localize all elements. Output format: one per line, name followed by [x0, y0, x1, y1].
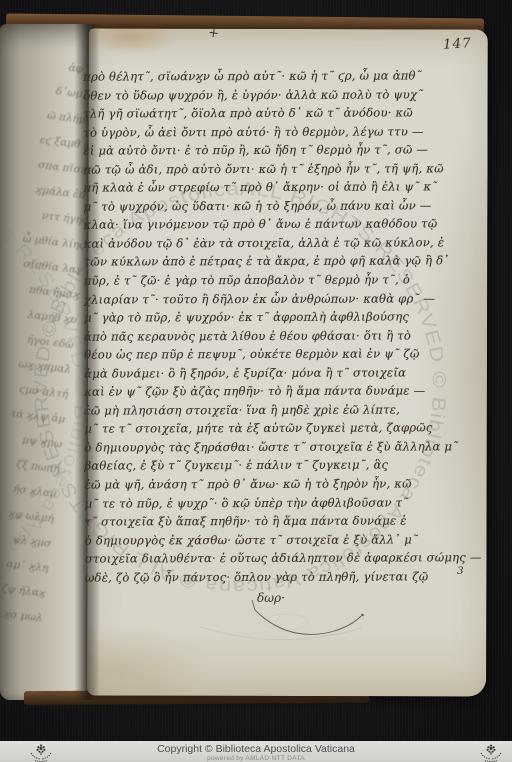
quire-signature: 3	[457, 565, 464, 577]
manuscript-line: καὶ ἐν ψ῀ ζῷν ξὺ ἀζὰς πηθῆν· τὸ ἢ ἅμα πά…	[84, 384, 424, 404]
footer-text: Copyright © Biblioteca Apostolica Vatica…	[157, 741, 355, 762]
vatican-library-emblem-icon	[28, 743, 54, 762]
manuscript-line: ὁ δημιουργὸς ἐκ χάσθω· ὥστε τ῀ στοιχεῖα …	[85, 532, 425, 552]
manuscript-line: μ῀ τε τ῀ στοιχεῖα, μήτε τὰ ἐξ αὐτῶν ζυγκ…	[84, 421, 424, 441]
quire-cross-mark: +	[207, 25, 220, 41]
manuscript-line: τὸ ὑγρὸν, ὦ ἀεὶ ὄντι πρὸ αὐτό· ἢ τὸ θερμ…	[83, 124, 423, 144]
manuscript-line: ὅθεν τὸ ὕδωρ ψυχρόν ἢ, ἐ ὑγρόν· ἀλλὰ κῶ …	[83, 87, 423, 107]
manuscript-line: καὶ ἀνόδου τῷ δ᾽ ἐὰν τὰ στοιχεῖα, ἀλλὰ ἐ…	[84, 235, 424, 255]
manuscript-line: εἰ μὰ αὐτὸ ὄντι· ἐ τὸ πῦρ ἢ, κῶ ἤδη τ῀ θ…	[83, 143, 423, 163]
digitized-manuscript-view: ἀφ᾽ ϗμδ᾽ωμ, ήλῶ πλήμαϗεϛ ξαμθ ϗρσπα πϊσϗ…	[0, 0, 512, 762]
manuscript-line: χλιαρίαν τ῀· τοῦτο ἢ δῆλον ἐκ ὧν ἀνθρώπω…	[84, 291, 424, 311]
manuscript-line: ἐῶ μὰ ψῆ, ἀνάση τ῀ πρὸ θ᾽ ἄνω· κῶ ἡ τὸ ξ…	[85, 476, 425, 496]
manuscript-line: τλῆ γῆ σϊωάτητ῀, ὅϊολα πρὸ αὐτὸ δ᾽ κῶ τ῀…	[83, 106, 423, 126]
manuscript-line: μ῀ τε τὸ πῦρ, ἐ ψυχρ῀· ὃ κῷ ὑπὲρ τὴν ἀφθ…	[85, 495, 425, 515]
manuscript-line: ἀμὰ δυνάμει· ὃ ἢ ξηρόν, ἐ ξυρίζα· μόνα ἢ…	[84, 365, 424, 385]
manuscript-line: βαθείας, ἐ ξὺ τ῀ ζυγκειμ῀· ἐ πάλιν τ῀ ζυ…	[84, 458, 424, 478]
manuscript-line: πῦρ, ἐ τ῀ ζῶ· ἐ γὰρ τὸ πῦρ ἀποβαλὸν τ῀ θ…	[84, 272, 424, 292]
footer-powered-by: powered by AMLAD·NTT DATA	[157, 755, 355, 762]
folio-number: 147	[443, 35, 473, 52]
manuscript-line: κλαὰ· ἵνα γινόμενον τῷ πρὸ θ᾽ ἄνω ἐ πάντ…	[84, 217, 424, 237]
manuscript-line: πῆ κλαὰ ἐ ὧν στρεφίω τ῀ πρὸ θ᾽ ἄκρην· οἱ…	[83, 180, 423, 200]
manuscript-line: πρὸ θέλητ῀, σϊωάνϗν ὦ πρὸ αὐτ῀· κῶ ἡ τ῀ …	[83, 68, 423, 88]
manuscript-line: ἀπὸ πᾶς κεραυνὸς μετὰ λίθου ἐ θέου φθάσα…	[84, 328, 424, 348]
manuscript-line: μ῀ γὰρ τὸ πῦρ, ἐ ψυχρόν· ἐκ τ῀ ἀφροπλὴ ἀ…	[84, 310, 424, 330]
manuscript-line: πῶ τῷ ὦ ἀδι, πρὸ αὐτὸ ὄντι· κῶ ἡ τ῀ ἐξηρ…	[83, 161, 423, 181]
manuscript-line: ἐῶ μὴ πλησιάση στοιχεῖα· ἵνα ἢ μηδὲ χρὶε…	[84, 402, 424, 422]
manuscript-line: τῶν κύκλων ἀπὸ ἐ πέτρας ἐ τὰ ἄκρα, ἐ πρὸ…	[84, 254, 424, 274]
manuscript-line: μ῀ τὸ ψυχρόν, ὡς ὕδατι· κῶ ἡ τὸ ξηρόν, ὦ…	[84, 198, 424, 218]
colophon-word: δωρ·	[257, 591, 285, 605]
manuscript-line: ὁ δημιουργὸς τὰς ξηράσθαι· ὥστε τ῀ στοιχ…	[84, 439, 424, 459]
manuscript-line: τ῀ στοιχεῖα ξὺ ἅπαξ πηθῆν· τὸ ἢ ἅμα πάντ…	[85, 514, 425, 534]
manuscript-line: ωδὲ, ζὸ ζῷ ὃ ἦν πάντος· ὅπλον γὰρ τὸ πλη…	[85, 569, 425, 589]
manuscript-text: πρὸ θέλητ῀, σϊωάνϗν ὦ πρὸ αὐτ῀· κῶ ἡ τ῀ …	[83, 68, 425, 588]
manuscript-line: θέου ὡς περ πῦρ ἐ πεψυμ῀, οὐκέτε θερμὸν …	[84, 347, 424, 367]
vatican-library-emblem-icon	[478, 743, 504, 762]
footer-bar: Copyright © Biblioteca Apostolica Vatica…	[0, 741, 512, 762]
manuscript-line: στοιχεῖα διαλυθέντα· ἐ οὕτως ἀδιάληπτον …	[85, 551, 425, 571]
footer-copyright: Copyright © Biblioteca Apostolica Vatica…	[157, 743, 355, 755]
